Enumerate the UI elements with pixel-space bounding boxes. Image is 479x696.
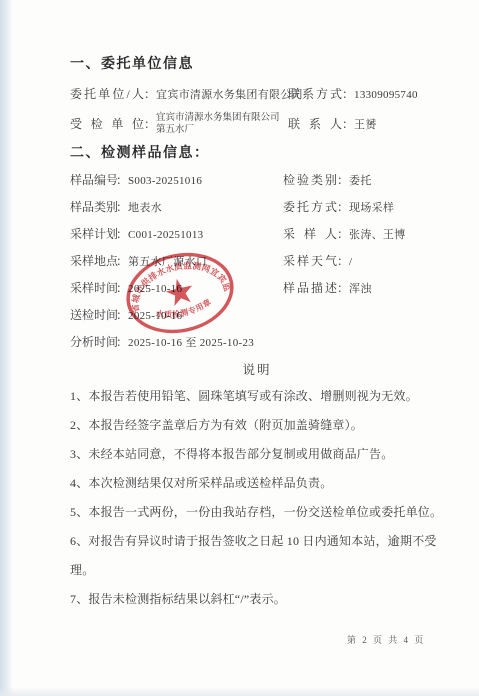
colon: ：: [144, 107, 156, 141]
section-title-client: 一、委托单位信息: [70, 55, 444, 75]
page-number: 第 2 页 共 4 页: [347, 633, 425, 646]
colon: ：: [337, 275, 349, 301]
field-label-test-type: 检验类别: [283, 167, 337, 193]
field-cell-sample-description: 样品描述：浑浊: [283, 275, 372, 302]
colon: ：: [116, 167, 128, 193]
field-value-sample-category: 地表水: [128, 202, 162, 214]
section-title-sample: 二、检测样品信息：: [70, 144, 444, 164]
note-item-2: 2、本报告经签字盖章后方为有效（附页加盖骑缝章）。: [70, 411, 444, 440]
colon: ：: [144, 82, 156, 106]
colon: ：: [116, 194, 128, 220]
field-label-contact-method: 联系方式: [288, 82, 342, 106]
report-content: 一、委托单位信息 委托单位/人：宜宾市清源水务集团有限公司 联系方式：13309…: [70, 55, 444, 614]
colon: ：: [337, 194, 349, 220]
field-row-analysis-time: 分析时间：2025-10-16 至 2025-10-23: [70, 329, 444, 356]
field-row-sampling-plan: 采样计划：C001-20251013 采样人：张涛、王博: [70, 221, 444, 248]
colon: ：: [337, 167, 349, 193]
field-label-sampler: 采样人: [283, 221, 337, 247]
notes-list: 1、本报告若使用铅笔、圆珠笔填写或有涂改、增删则视为无效。 2、本报告经签字盖章…: [70, 382, 444, 614]
field-label-client-unit: 委托单位/人: [70, 82, 144, 106]
field-label-submission-time: 送检时间: [70, 302, 116, 328]
field-value-inspected-unit: 宜宾市清源水务集团有限公司第五水厂: [156, 112, 280, 136]
report-page: 一、委托单位信息 委托单位/人：宜宾市清源水务集团有限公司 联系方式：13309…: [0, 0, 479, 696]
field-value-contact-person: 王赟: [354, 119, 377, 131]
field-label-contact-person: 联系人: [288, 107, 342, 141]
field-label-commission-mode: 委托方式: [283, 194, 337, 220]
colon: ：: [337, 221, 349, 247]
field-row-sample-no: 样品编号：S003-20251016 检验类别：委托: [70, 167, 444, 194]
note-item-1: 1、本报告若使用铅笔、圆珠笔填写或有涂改、增删则视为无效。: [70, 382, 444, 411]
colon: ：: [116, 329, 128, 355]
field-row-sample-category: 样品类别：地表水 委托方式：现场采样: [70, 194, 444, 221]
note-item-7: 7、报告未检测指标结果以斜杠“/”表示。: [70, 585, 444, 614]
field-label-inspected-unit: 受检单位: [70, 107, 144, 141]
note-item-5: 5、本报告一式两份，一份由我站存档，一份交送检单位或委托单位。: [70, 498, 444, 527]
field-value-weather: /: [349, 256, 352, 268]
field-row-client: 委托单位/人：宜宾市清源水务集团有限公司 联系方式：13309095740: [70, 82, 444, 107]
colon: ：: [116, 221, 128, 247]
field-value-sample-no: S003-20251016: [128, 175, 202, 187]
inspected-unit-line1: 宜宾市清源水务集团有限公司: [156, 113, 280, 123]
scan-edge-bottom: [0, 687, 479, 696]
note-item-6: 6、对报告有异议时请于报告签收之日起 10 日内通知本站，逾期不受理。: [70, 527, 444, 585]
colon: ：: [342, 82, 354, 106]
field-label-sample-description: 样品描述: [283, 275, 337, 301]
field-value-test-type: 委托: [349, 175, 372, 187]
field-label-sampling-time: 采样时间: [70, 275, 116, 301]
field-label-sample-no: 样品编号: [70, 167, 116, 193]
notes-title: 说明: [70, 360, 444, 380]
colon: ：: [337, 248, 349, 274]
field-cell-test-type: 检验类别：委托: [283, 167, 372, 194]
field-row-inspected-unit: 受检单位：宜宾市清源水务集团有限公司第五水厂 联系人：王赟: [70, 107, 444, 141]
field-label-sampling-site: 采样地点: [70, 248, 116, 274]
field-value-client-unit: 宜宾市清源水务集团有限公司: [156, 89, 303, 101]
note-item-4: 4、本次检测结果仅对所采样品或送检样品负责。: [70, 469, 444, 498]
field-label-sample-category: 样品类别: [70, 194, 116, 220]
field-value-sampling-plan: C001-20251013: [128, 229, 203, 241]
field-value-sampler: 张涛、王博: [349, 229, 406, 241]
stamp-seal-text: 水质检测专用章: [153, 296, 214, 324]
inspected-unit-line2: 第五水厂: [156, 125, 194, 135]
field-cell-weather: 采样天气：/: [283, 248, 352, 275]
colon: ：: [342, 107, 354, 141]
field-cell-sampler: 采样人：张涛、王博: [283, 221, 406, 248]
field-label-sampling-plan: 采样计划: [70, 221, 116, 247]
scan-edge-left: [0, 0, 13, 696]
stamp-star-icon: [164, 276, 196, 307]
field-value-sample-description: 浑浊: [349, 283, 372, 295]
field-value-commission-mode: 现场采样: [349, 202, 394, 214]
field-cell-contact: 联系方式：13309095740: [288, 82, 418, 107]
field-cell-contact-person: 联系人：王赟: [288, 107, 377, 142]
note-item-3: 3、未经本站同意，不得将本报告部分复制或用做商品广告。: [70, 440, 444, 469]
field-label-weather: 采样天气: [283, 248, 337, 274]
field-cell-commission-mode: 委托方式：现场采样: [283, 194, 394, 221]
field-value-contact-method: 13309095740: [354, 89, 418, 101]
field-label-analysis-time: 分析时间: [70, 329, 116, 355]
